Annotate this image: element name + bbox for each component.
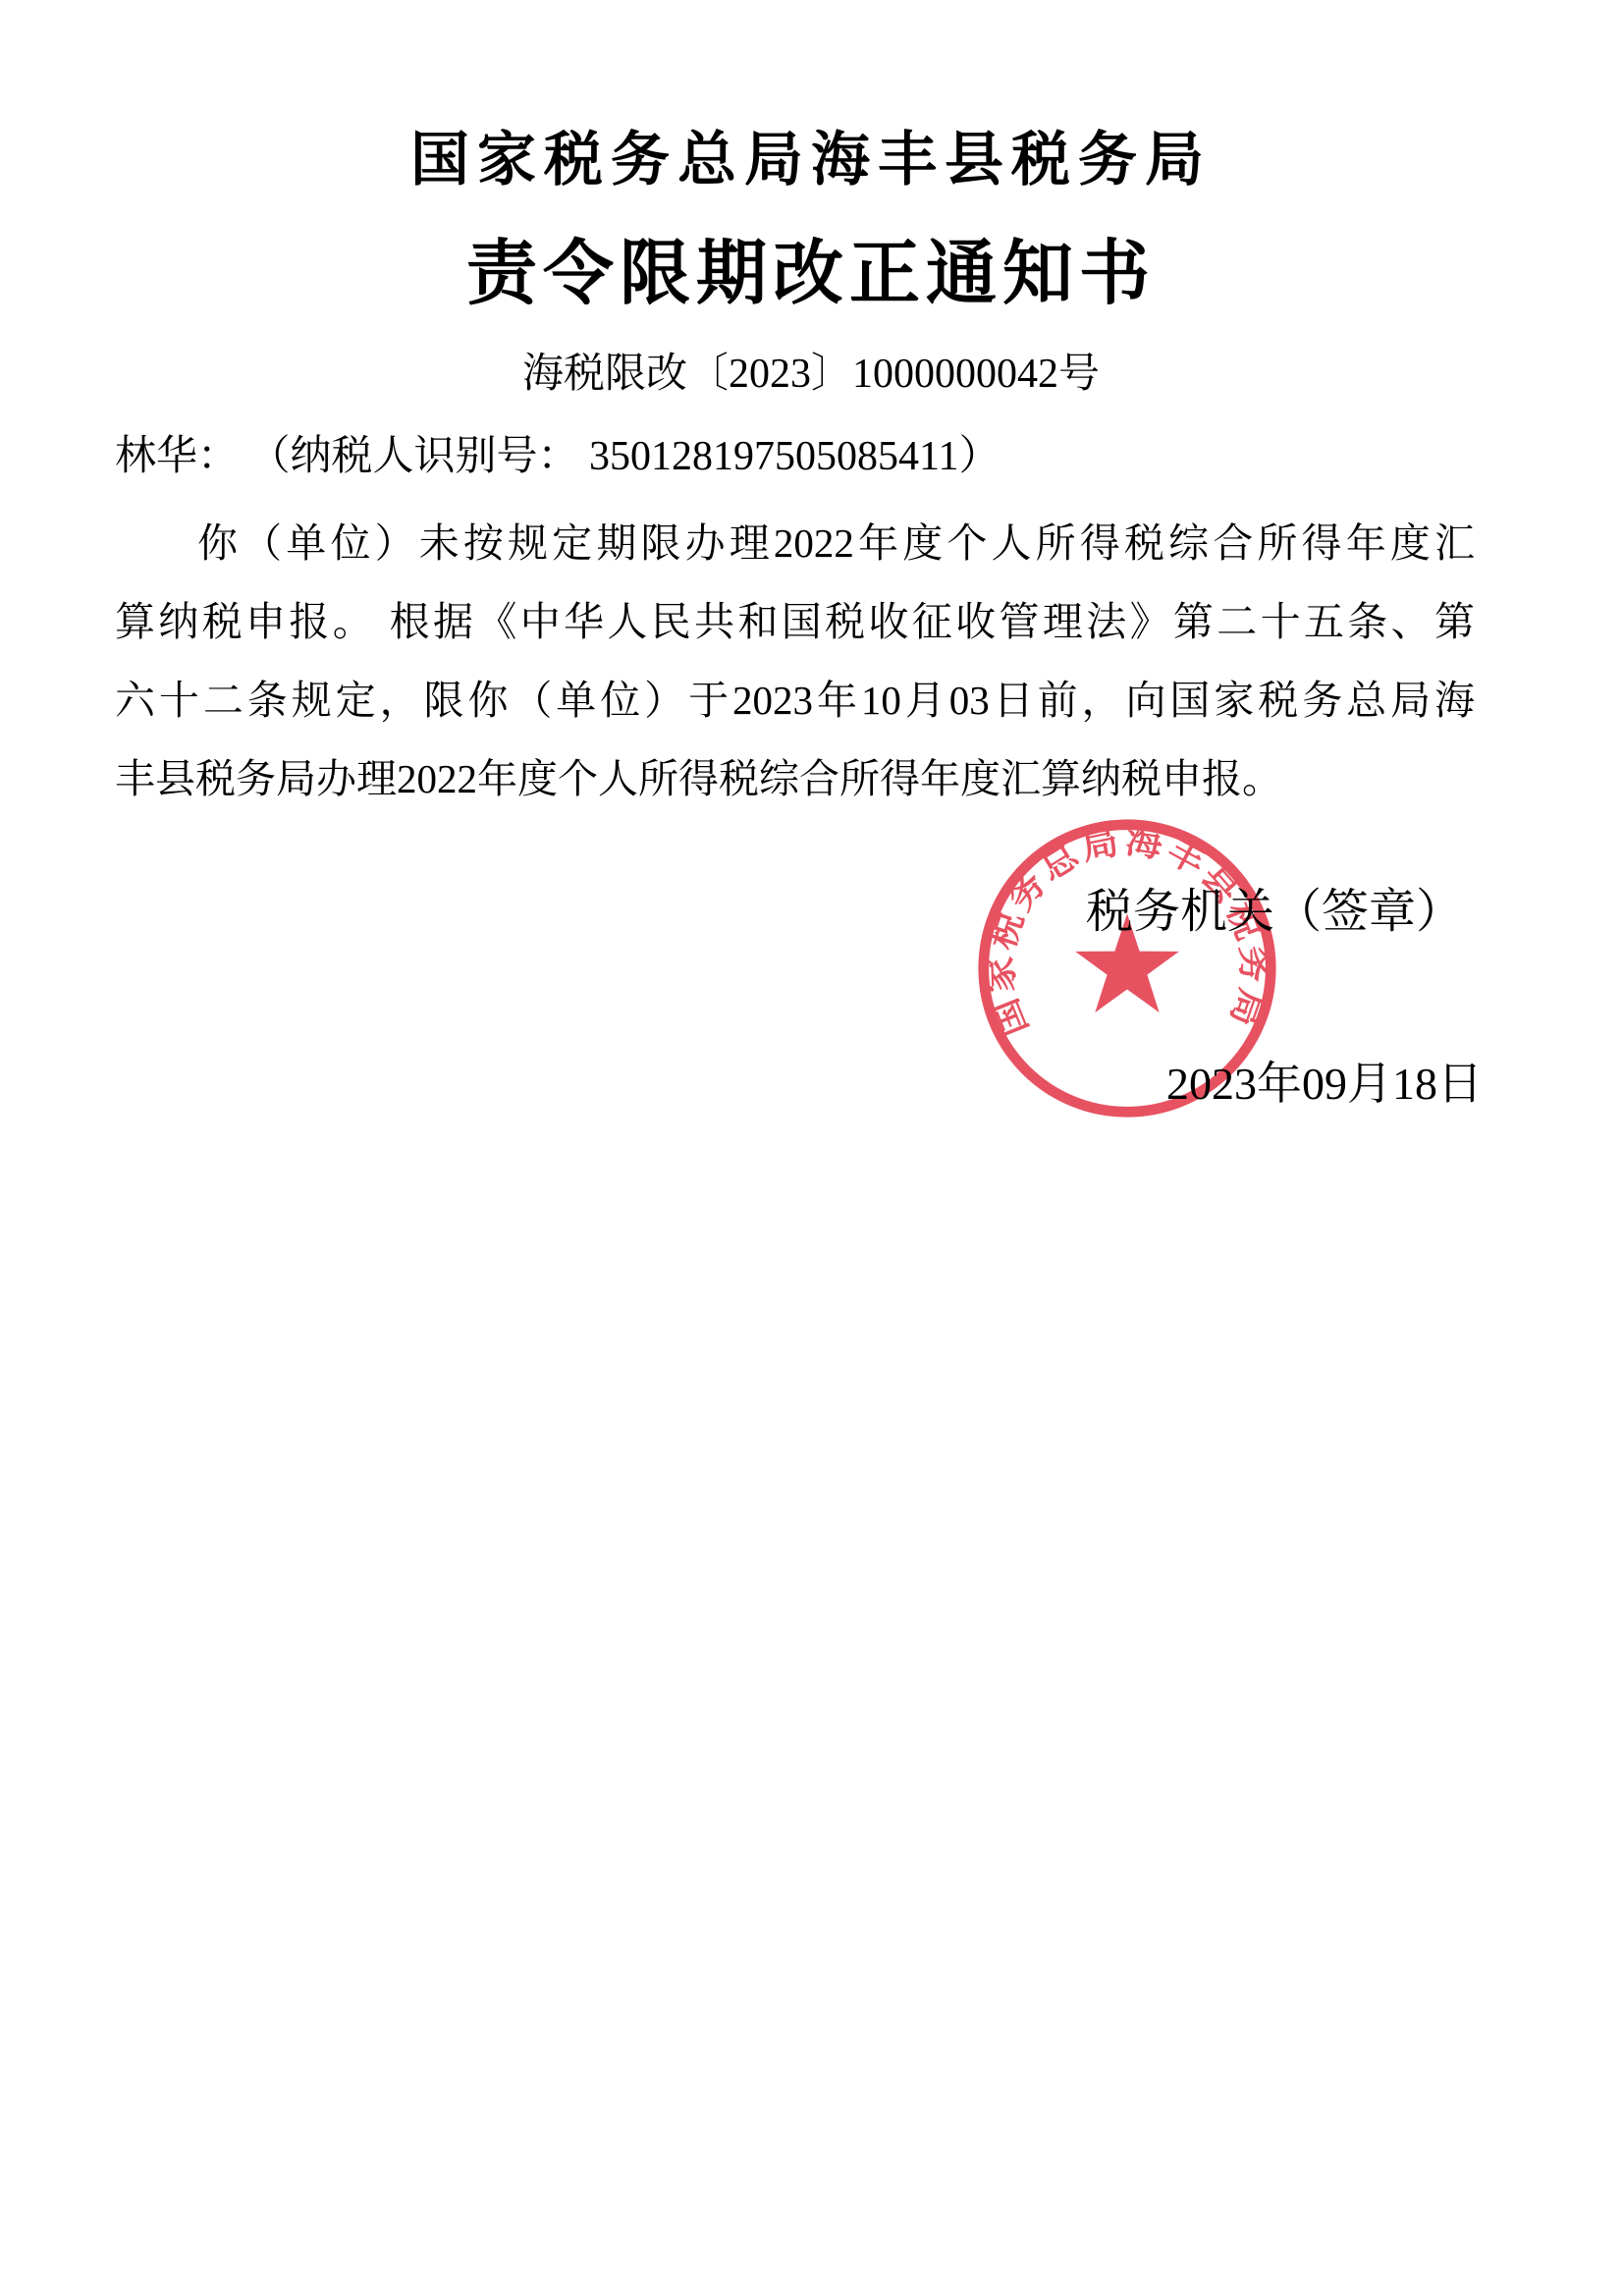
body-line-3: 六十二条规定，限你（单位）于2023年10月03日前，向国家税务总局海 — [115, 661, 1475, 739]
body-line-1: 你（单位）未按规定期限办理2022年度个人所得税综合所得年度汇 — [115, 504, 1475, 582]
body-line-2: 算纳税申报。 根据《中华人民共和国税收征收管理法》第二十五条、第 — [115, 582, 1475, 661]
notice-title: 责令限期改正通知书 — [0, 236, 1622, 313]
document-number: 海税限改〔2023〕1000000042号 — [0, 350, 1622, 399]
notice-document: 国家税务总局海丰县税务局 责令限期改正通知书 海税限改〔2023〕1000000… — [0, 0, 1622, 2296]
body-line-4: 丰县税务局办理2022年度个人所得税综合所得年度汇算纳税申报。 — [115, 739, 1475, 818]
signature-label: 税务机关（签章） — [1086, 884, 1463, 941]
notice-body: 你（单位）未按规定期限办理2022年度个人所得税综合所得年度汇 算纳税申报。 根… — [115, 504, 1475, 818]
issue-date: 2023年09月18日 — [1166, 1057, 1483, 1111]
issuing-authority-title: 国家税务总局海丰县税务局 — [0, 128, 1622, 192]
addressee-line: 林华： （纳税人识别号： 350128197505085411） — [115, 432, 1480, 481]
